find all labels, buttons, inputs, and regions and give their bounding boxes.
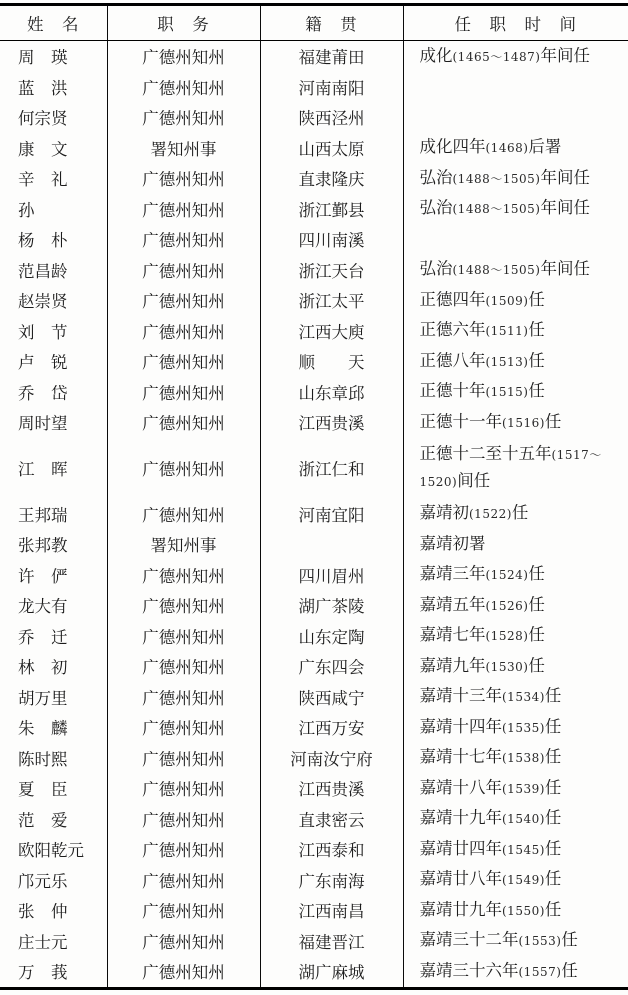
cell-tenure: 嘉靖十三年(1534)任 bbox=[403, 682, 628, 713]
cell-position: 广德州知州 bbox=[107, 560, 260, 591]
table-row: 周时望 广德州知州 江西贵溪 正德十一年(1516)任 bbox=[0, 407, 628, 438]
cell-position: 广德州知州 bbox=[107, 285, 260, 316]
cell-origin: 陕西咸宁 bbox=[260, 682, 403, 713]
cell-name: 万 莪 bbox=[0, 956, 107, 988]
cell-position: 广德州知州 bbox=[107, 956, 260, 988]
cell-origin: 陕西泾州 bbox=[260, 102, 403, 133]
cell-origin: 江西南昌 bbox=[260, 895, 403, 926]
cell-name: 张邦教 bbox=[0, 529, 107, 560]
table-row: 孙 广德州知州 浙江鄞县 弘治(1488～1505)年间任 bbox=[0, 194, 628, 225]
cell-position: 广德州知州 bbox=[107, 834, 260, 865]
cell-name: 陈时熙 bbox=[0, 743, 107, 774]
cell-name: 赵崇贤 bbox=[0, 285, 107, 316]
table-body: 周 瑛 广德州知州 福建莆田 成化(1465～1487)年间任 蓝 洪 广德州知… bbox=[0, 41, 628, 989]
cell-tenure: 嘉靖十八年(1539)任 bbox=[403, 773, 628, 804]
cell-tenure: 正德十一年(1516)任 bbox=[403, 407, 628, 438]
cell-tenure: 正德八年(1513)任 bbox=[403, 346, 628, 377]
cell-origin: 河南汝宁府 bbox=[260, 743, 403, 774]
cell-name: 周 瑛 bbox=[0, 41, 107, 72]
cell-origin: 福建莆田 bbox=[260, 41, 403, 72]
cell-position: 广德州知州 bbox=[107, 926, 260, 957]
cell-tenure: 嘉靖七年(1528)任 bbox=[403, 621, 628, 652]
cell-name: 夏 臣 bbox=[0, 773, 107, 804]
cell-origin: 河南宜阳 bbox=[260, 499, 403, 530]
cell-origin: 江西大庾 bbox=[260, 316, 403, 347]
cell-name: 胡万里 bbox=[0, 682, 107, 713]
cell-name: 庄士元 bbox=[0, 926, 107, 957]
cell-tenure bbox=[403, 224, 628, 255]
cell-origin: 山西太原 bbox=[260, 133, 403, 164]
cell-name: 欧阳乾元 bbox=[0, 834, 107, 865]
cell-tenure: 嘉靖九年(1530)任 bbox=[403, 651, 628, 682]
cell-tenure: 嘉靖廿四年(1545)任 bbox=[403, 834, 628, 865]
cell-origin: 山东定陶 bbox=[260, 621, 403, 652]
cell-tenure: 正德四年(1509)任 bbox=[403, 285, 628, 316]
cell-origin bbox=[260, 529, 403, 560]
cell-position: 署知州事 bbox=[107, 133, 260, 164]
cell-origin: 直隶隆庆 bbox=[260, 163, 403, 194]
table-row: 卢 锐 广德州知州 顺 天 正德八年(1513)任 bbox=[0, 346, 628, 377]
cell-position: 广德州知州 bbox=[107, 773, 260, 804]
cell-position: 广德州知州 bbox=[107, 72, 260, 103]
cell-origin: 江西万安 bbox=[260, 712, 403, 743]
table-row: 林 初 广德州知州 广东四会 嘉靖九年(1530)任 bbox=[0, 651, 628, 682]
table-row: 胡万里 广德州知州 陕西咸宁 嘉靖十三年(1534)任 bbox=[0, 682, 628, 713]
table-row: 许 俨 广德州知州 四川眉州 嘉靖三年(1524)任 bbox=[0, 560, 628, 591]
cell-origin: 浙江仁和 bbox=[260, 438, 403, 499]
cell-position: 广德州知州 bbox=[107, 682, 260, 713]
table-row: 江 晖 广德州知州 浙江仁和 正德十二至十五年(1517～ 1520)间任 bbox=[0, 438, 628, 499]
cell-tenure: 嘉靖三十六年(1557)任 bbox=[403, 956, 628, 988]
column-header-name: 姓 名 bbox=[0, 5, 107, 41]
table-row: 杨 朴 广德州知州 四川南溪 bbox=[0, 224, 628, 255]
cell-name: 张 仲 bbox=[0, 895, 107, 926]
table-row: 范 爱 广德州知州 直隶密云 嘉靖十九年(1540)任 bbox=[0, 804, 628, 835]
cell-tenure: 成化四年(1468)后署 bbox=[403, 133, 628, 164]
cell-name: 杨 朴 bbox=[0, 224, 107, 255]
cell-origin: 湖广麻城 bbox=[260, 956, 403, 988]
cell-tenure: 嘉靖十七年(1538)任 bbox=[403, 743, 628, 774]
cell-position: 广德州知州 bbox=[107, 346, 260, 377]
cell-position: 广德州知州 bbox=[107, 194, 260, 225]
cell-position: 广德州知州 bbox=[107, 743, 260, 774]
cell-origin: 江西贵溪 bbox=[260, 407, 403, 438]
table-row: 周 瑛 广德州知州 福建莆田 成化(1465～1487)年间任 bbox=[0, 41, 628, 72]
table-row: 赵崇贤 广德州知州 浙江太平 正德四年(1509)任 bbox=[0, 285, 628, 316]
cell-name: 康 文 bbox=[0, 133, 107, 164]
cell-position: 署知州事 bbox=[107, 529, 260, 560]
cell-name: 刘 节 bbox=[0, 316, 107, 347]
cell-tenure: 弘治(1488～1505)年间任 bbox=[403, 163, 628, 194]
cell-tenure: 嘉靖初(1522)任 bbox=[403, 499, 628, 530]
cell-tenure: 嘉靖廿八年(1549)任 bbox=[403, 865, 628, 896]
cell-tenure: 嘉靖三十二年(1553)任 bbox=[403, 926, 628, 957]
cell-origin: 直隶密云 bbox=[260, 804, 403, 835]
column-header-tenure: 任 职 时 间 bbox=[403, 5, 628, 41]
cell-position: 广德州知州 bbox=[107, 712, 260, 743]
cell-position: 广德州知州 bbox=[107, 377, 260, 408]
table-row: 范昌龄 广德州知州 浙江天台 弘治(1488～1505)年间任 bbox=[0, 255, 628, 286]
cell-origin: 福建晋江 bbox=[260, 926, 403, 957]
cell-name: 周时望 bbox=[0, 407, 107, 438]
cell-name: 卢 锐 bbox=[0, 346, 107, 377]
cell-position: 广德州知州 bbox=[107, 804, 260, 835]
table-row: 辛 礼 广德州知州 直隶隆庆 弘治(1488～1505)年间任 bbox=[0, 163, 628, 194]
cell-position: 广德州知州 bbox=[107, 224, 260, 255]
column-header-position: 职 务 bbox=[107, 5, 260, 41]
table-row: 张邦教 署知州事 嘉靖初署 bbox=[0, 529, 628, 560]
cell-origin: 浙江天台 bbox=[260, 255, 403, 286]
cell-tenure bbox=[403, 72, 628, 103]
cell-position: 广德州知州 bbox=[107, 438, 260, 499]
cell-tenure: 正德十年(1515)任 bbox=[403, 377, 628, 408]
table-row: 庄士元 广德州知州 福建晋江 嘉靖三十二年(1553)任 bbox=[0, 926, 628, 957]
cell-position: 广德州知州 bbox=[107, 590, 260, 621]
cell-origin: 浙江太平 bbox=[260, 285, 403, 316]
cell-tenure: 成化(1465～1487)年间任 bbox=[403, 41, 628, 72]
cell-name: 江 晖 bbox=[0, 438, 107, 499]
officials-table: 姓 名 职 务 籍 贯 任 职 时 间 周 瑛 广德州知州 福建莆田 成化(14… bbox=[0, 3, 628, 990]
cell-origin: 广东四会 bbox=[260, 651, 403, 682]
cell-name: 孙 bbox=[0, 194, 107, 225]
cell-position: 广德州知州 bbox=[107, 407, 260, 438]
cell-position: 广德州知州 bbox=[107, 255, 260, 286]
cell-tenure: 嘉靖廿九年(1550)任 bbox=[403, 895, 628, 926]
table-row: 王邦瑞 广德州知州 河南宜阳 嘉靖初(1522)任 bbox=[0, 499, 628, 530]
table-row: 龙大有 广德州知州 湖广茶陵 嘉靖五年(1526)任 bbox=[0, 590, 628, 621]
cell-name: 龙大有 bbox=[0, 590, 107, 621]
cell-name: 范 爱 bbox=[0, 804, 107, 835]
cell-tenure: 弘治(1488～1505)年间任 bbox=[403, 194, 628, 225]
cell-position: 广德州知州 bbox=[107, 621, 260, 652]
cell-position: 广德州知州 bbox=[107, 316, 260, 347]
cell-name: 朱 麟 bbox=[0, 712, 107, 743]
table-row: 欧阳乾元 广德州知州 江西泰和 嘉靖廿四年(1545)任 bbox=[0, 834, 628, 865]
cell-tenure: 嘉靖五年(1526)任 bbox=[403, 590, 628, 621]
cell-name: 何宗贤 bbox=[0, 102, 107, 133]
cell-position: 广德州知州 bbox=[107, 102, 260, 133]
cell-position: 广德州知州 bbox=[107, 163, 260, 194]
cell-tenure: 正德六年(1511)任 bbox=[403, 316, 628, 347]
cell-position: 广德州知州 bbox=[107, 41, 260, 72]
cell-origin: 浙江鄞县 bbox=[260, 194, 403, 225]
cell-tenure: 嘉靖十四年(1535)任 bbox=[403, 712, 628, 743]
table-row: 何宗贤 广德州知州 陕西泾州 bbox=[0, 102, 628, 133]
cell-origin: 四川南溪 bbox=[260, 224, 403, 255]
cell-name: 蓝 洪 bbox=[0, 72, 107, 103]
cell-name: 林 初 bbox=[0, 651, 107, 682]
cell-name: 辛 礼 bbox=[0, 163, 107, 194]
table-row: 刘 节 广德州知州 江西大庾 正德六年(1511)任 bbox=[0, 316, 628, 347]
cell-name: 乔 迁 bbox=[0, 621, 107, 652]
table-row: 蓝 洪 广德州知州 河南南阳 bbox=[0, 72, 628, 103]
cell-origin: 湖广茶陵 bbox=[260, 590, 403, 621]
table-row: 张 仲 广德州知州 江西南昌 嘉靖廿九年(1550)任 bbox=[0, 895, 628, 926]
table-row: 夏 臣 广德州知州 江西贵溪 嘉靖十八年(1539)任 bbox=[0, 773, 628, 804]
table-row: 万 莪 广德州知州 湖广麻城 嘉靖三十六年(1557)任 bbox=[0, 956, 628, 988]
cell-origin: 顺 天 bbox=[260, 346, 403, 377]
cell-name: 范昌龄 bbox=[0, 255, 107, 286]
cell-position: 广德州知州 bbox=[107, 651, 260, 682]
cell-tenure: 嘉靖三年(1524)任 bbox=[403, 560, 628, 591]
column-header-origin: 籍 贯 bbox=[260, 5, 403, 41]
scanned-document-page: 姓 名 职 务 籍 贯 任 职 时 间 周 瑛 广德州知州 福建莆田 成化(14… bbox=[0, 3, 628, 995]
cell-origin: 江西泰和 bbox=[260, 834, 403, 865]
cell-name: 王邦瑞 bbox=[0, 499, 107, 530]
cell-position: 广德州知州 bbox=[107, 865, 260, 896]
cell-position: 广德州知州 bbox=[107, 895, 260, 926]
cell-origin: 山东章邱 bbox=[260, 377, 403, 408]
table-row: 朱 麟 广德州知州 江西万安 嘉靖十四年(1535)任 bbox=[0, 712, 628, 743]
cell-origin: 广东南海 bbox=[260, 865, 403, 896]
cell-origin: 河南南阳 bbox=[260, 72, 403, 103]
cell-tenure bbox=[403, 102, 628, 133]
table-row: 康 文 署知州事 山西太原 成化四年(1468)后署 bbox=[0, 133, 628, 164]
cell-name: 许 俨 bbox=[0, 560, 107, 591]
table-row: 乔 迁 广德州知州 山东定陶 嘉靖七年(1528)任 bbox=[0, 621, 628, 652]
cell-tenure: 正德十二至十五年(1517～ 1520)间任 bbox=[403, 438, 628, 499]
cell-name: 乔 岱 bbox=[0, 377, 107, 408]
table-row: 邝元乐 广德州知州 广东南海 嘉靖廿八年(1549)任 bbox=[0, 865, 628, 896]
table-header-row: 姓 名 职 务 籍 贯 任 职 时 间 bbox=[0, 5, 628, 41]
cell-origin: 四川眉州 bbox=[260, 560, 403, 591]
cell-origin: 江西贵溪 bbox=[260, 773, 403, 804]
cell-tenure: 弘治(1488～1505)年间任 bbox=[403, 255, 628, 286]
cell-tenure: 嘉靖十九年(1540)任 bbox=[403, 804, 628, 835]
cell-name: 邝元乐 bbox=[0, 865, 107, 896]
cell-tenure: 嘉靖初署 bbox=[403, 529, 628, 560]
table-row: 陈时熙 广德州知州 河南汝宁府 嘉靖十七年(1538)任 bbox=[0, 743, 628, 774]
cell-position: 广德州知州 bbox=[107, 499, 260, 530]
table-row: 乔 岱 广德州知州 山东章邱 正德十年(1515)任 bbox=[0, 377, 628, 408]
